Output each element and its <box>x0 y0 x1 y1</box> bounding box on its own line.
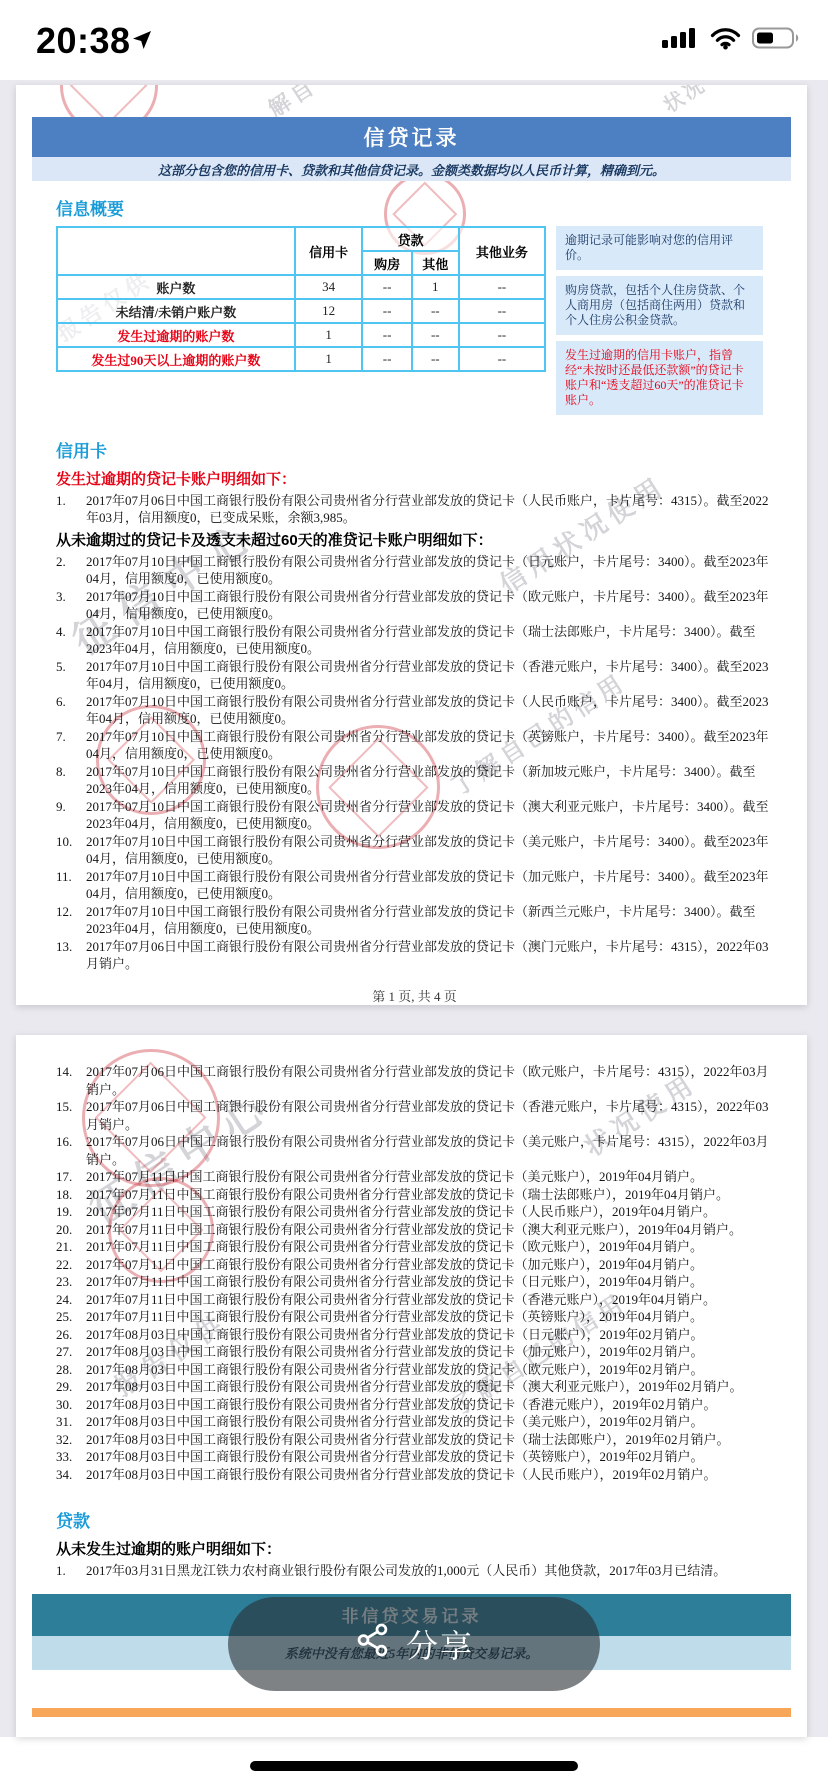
credit-card-record: 13.2017年07月06日中国工商银行股份有限公司贵州省分行营业部发放的贷记卡… <box>56 938 773 972</box>
credit-card-record: 27.2017年08月03日中国工商银行股份有限公司贵州省分行营业部发放的贷记卡… <box>56 1343 773 1361</box>
credit-card-record: 2.2017年07月10日中国工商银行股份有限公司贵州省分行营业部发放的贷记卡（… <box>56 553 773 587</box>
overdue-list-heading: 发生过逾期的贷记卡账户明细如下： <box>56 468 773 489</box>
banner-title: 信贷记录 <box>364 122 460 152</box>
normal-list-heading: 从未逾期过的贷记卡及透支未超过60天的准贷记卡账户明细如下： <box>56 529 773 550</box>
location-arrow-icon <box>130 28 154 57</box>
loan-record: 1.2017年03月31日黑龙江铁力农村商业银行股份有限公司发放的1,000元（… <box>56 1562 773 1580</box>
credit-card-record: 21.2017年07月11日中国工商银行股份有限公司贵州省分行营业部发放的贷记卡… <box>56 1238 773 1256</box>
credit-card-record: 6.2017年07月10日中国工商银行股份有限公司贵州省分行营业部发放的贷记卡（… <box>56 693 773 727</box>
summary-table: 信用卡 贷款 其他业务 购房 其他 <box>56 226 546 372</box>
credit-card-record: 25.2017年07月11日中国工商银行股份有限公司贵州省分行营业部发放的贷记卡… <box>56 1308 773 1326</box>
col-loan-house: 购房 <box>362 251 411 275</box>
credit-record-banner: 信贷记录 <box>32 117 791 157</box>
col-loan-other: 其他 <box>412 251 459 275</box>
credit-card-record: 8.2017年07月10日中国工商银行股份有限公司贵州省分行营业部发放的贷记卡（… <box>56 763 773 797</box>
credit-card-record: 28.2017年08月03日中国工商银行股份有限公司贵州省分行营业部发放的贷记卡… <box>56 1361 773 1379</box>
share-icon <box>354 1621 392 1667</box>
credit-card-record: 32.2017年08月03日中国工商银行股份有限公司贵州省分行营业部发放的贷记卡… <box>56 1431 773 1449</box>
credit-card-heading: 信用卡 <box>56 437 773 462</box>
share-button[interactable]: 分享 <box>228 1597 600 1691</box>
normal-card-list: 2.2017年07月10日中国工商银行股份有限公司贵州省分行营业部发放的贷记卡（… <box>56 553 773 972</box>
credit-card-record: 16.2017年07月06日中国工商银行股份有限公司贵州省分行营业部发放的贷记卡… <box>56 1133 773 1168</box>
loan-list-heading: 从未发生过逾期的账户明细如下： <box>56 1538 773 1559</box>
summary-notes: 逾期记录可能影响对您的信用评价。 购房贷款，包括个人住房贷款、个人商用房（包括商… <box>556 226 763 415</box>
col-credit-card: 信用卡 <box>295 227 363 275</box>
credit-card-record: 26.2017年08月03日中国工商银行股份有限公司贵州省分行营业部发放的贷记卡… <box>56 1326 773 1344</box>
credit-card-record: 10.2017年07月10日中国工商银行股份有限公司贵州省分行营业部发放的贷记卡… <box>56 833 773 867</box>
cellular-signal-icon <box>661 26 699 55</box>
credit-card-record: 29.2017年08月03日中国工商银行股份有限公司贵州省分行营业部发放的贷记卡… <box>56 1378 773 1396</box>
status-time: 20:38 <box>36 20 131 62</box>
summary-table-row: 未结清/未销户账户数 12 -- -- -- <box>57 299 545 323</box>
col-loan: 贷款 <box>362 227 458 251</box>
document-scroll-area[interactable]: 解自 状况 征信中心 报告仅供 信用状况使用 了解自己的信用 信贷记录 这部分包… <box>0 80 828 1737</box>
credit-card-record: 34.2017年08月03日中国工商银行股份有限公司贵州省分行营业部发放的贷记卡… <box>56 1466 773 1484</box>
credit-card-record: 24.2017年07月11日中国工商银行股份有限公司贵州省分行营业部发放的贷记卡… <box>56 1291 773 1309</box>
credit-card-record: 14.2017年07月06日中国工商银行股份有限公司贵州省分行营业部发放的贷记卡… <box>56 1063 773 1098</box>
home-indicator[interactable] <box>250 1761 578 1771</box>
summary-table-row: 账户数 34 -- 1 -- <box>57 275 545 299</box>
wifi-icon <box>709 26 742 55</box>
loan-heading: 贷款 <box>56 1507 773 1532</box>
credit-record-subtitle: 这部分包含您的信用卡、贷款和其他信贷记录。金额类数据均以人民币计算，精确到元。 <box>32 157 791 181</box>
credit-card-record: 22.2017年07月11日中国工商银行股份有限公司贵州省分行营业部发放的贷记卡… <box>56 1256 773 1274</box>
credit-card-record: 12.2017年07月10日中国工商银行股份有限公司贵州省分行营业部发放的贷记卡… <box>56 903 773 937</box>
credit-card-record: 19.2017年07月11日中国工商银行股份有限公司贵州省分行营业部发放的贷记卡… <box>56 1203 773 1221</box>
credit-card-record: 5.2017年07月10日中国工商银行股份有限公司贵州省分行营业部发放的贷记卡（… <box>56 658 773 692</box>
credit-card-record: 20.2017年07月11日中国工商银行股份有限公司贵州省分行营业部发放的贷记卡… <box>56 1221 773 1239</box>
credit-card-record: 9.2017年07月10日中国工商银行股份有限公司贵州省分行营业部发放的贷记卡（… <box>56 798 773 832</box>
summary-header-row: 信用卡 贷款 其他业务 <box>57 227 545 251</box>
page-number: 第 1 页, 共 4 页 <box>56 986 773 1005</box>
phone-screen: 20:38 解自 状况 <box>0 0 828 1792</box>
orange-divider <box>32 1708 791 1717</box>
note-box: 发生过逾期的信用卡账户，指曾经“未按时还最低还款额”的贷记卡账户和“透支超过60… <box>556 341 763 415</box>
summary-table-row: 发生过90天以上逾期的账户数 1 -- -- -- <box>57 347 545 371</box>
credit-card-record: 31.2017年08月03日中国工商银行股份有限公司贵州省分行营业部发放的贷记卡… <box>56 1413 773 1431</box>
credit-card-record: 7.2017年07月10日中国工商银行股份有限公司贵州省分行营业部发放的贷记卡（… <box>56 728 773 762</box>
credit-card-record: 3.2017年07月10日中国工商银行股份有限公司贵州省分行营业部发放的贷记卡（… <box>56 588 773 622</box>
credit-card-record: 17.2017年07月11日中国工商银行股份有限公司贵州省分行营业部发放的贷记卡… <box>56 1168 773 1186</box>
closed-card-list: 14.2017年07月06日中国工商银行股份有限公司贵州省分行营业部发放的贷记卡… <box>56 1063 773 1483</box>
credit-card-record: 33.2017年08月03日中国工商银行股份有限公司贵州省分行营业部发放的贷记卡… <box>56 1448 773 1466</box>
report-page-1: 解自 状况 征信中心 报告仅供 信用状况使用 了解自己的信用 信贷记录 这部分包… <box>16 85 807 1005</box>
credit-card-record: 11.2017年07月10日中国工商银行股份有限公司贵州省分行营业部发放的贷记卡… <box>56 868 773 902</box>
credit-card-record: 23.2017年07月11日中国工商银行股份有限公司贵州省分行营业部发放的贷记卡… <box>56 1273 773 1291</box>
summary-table-row: 发生过逾期的账户数 1 -- -- -- <box>57 323 545 347</box>
share-label: 分享 <box>406 1621 474 1667</box>
overdue-card-list: 1.2017年07月06日中国工商银行股份有限公司贵州省分行营业部发放的贷记卡（… <box>56 492 773 526</box>
credit-card-record: 30.2017年08月03日中国工商银行股份有限公司贵州省分行营业部发放的贷记卡… <box>56 1396 773 1414</box>
loan-list: 1.2017年03月31日黑龙江铁力农村商业银行股份有限公司发放的1,000元（… <box>56 1562 773 1580</box>
credit-card-record: 15.2017年07月06日中国工商银行股份有限公司贵州省分行营业部发放的贷记卡… <box>56 1098 773 1133</box>
credit-card-record: 18.2017年07月11日中国工商银行股份有限公司贵州省分行营业部发放的贷记卡… <box>56 1186 773 1204</box>
note-box: 逾期记录可能影响对您的信用评价。 <box>556 226 763 270</box>
battery-icon <box>752 26 802 55</box>
credit-card-record: 1.2017年07月06日中国工商银行股份有限公司贵州省分行营业部发放的贷记卡（… <box>56 492 773 526</box>
summary-heading: 信息概要 <box>56 195 773 220</box>
status-icons <box>661 26 802 55</box>
status-bar: 20:38 <box>0 0 828 80</box>
credit-card-record: 4.2017年07月10日中国工商银行股份有限公司贵州省分行营业部发放的贷记卡（… <box>56 623 773 657</box>
col-other-business: 其他业务 <box>459 227 545 275</box>
note-box: 购房贷款，包括个人住房贷款、个人商用房（包括商住两用）贷款和个人住房公积金贷款。 <box>556 276 763 335</box>
